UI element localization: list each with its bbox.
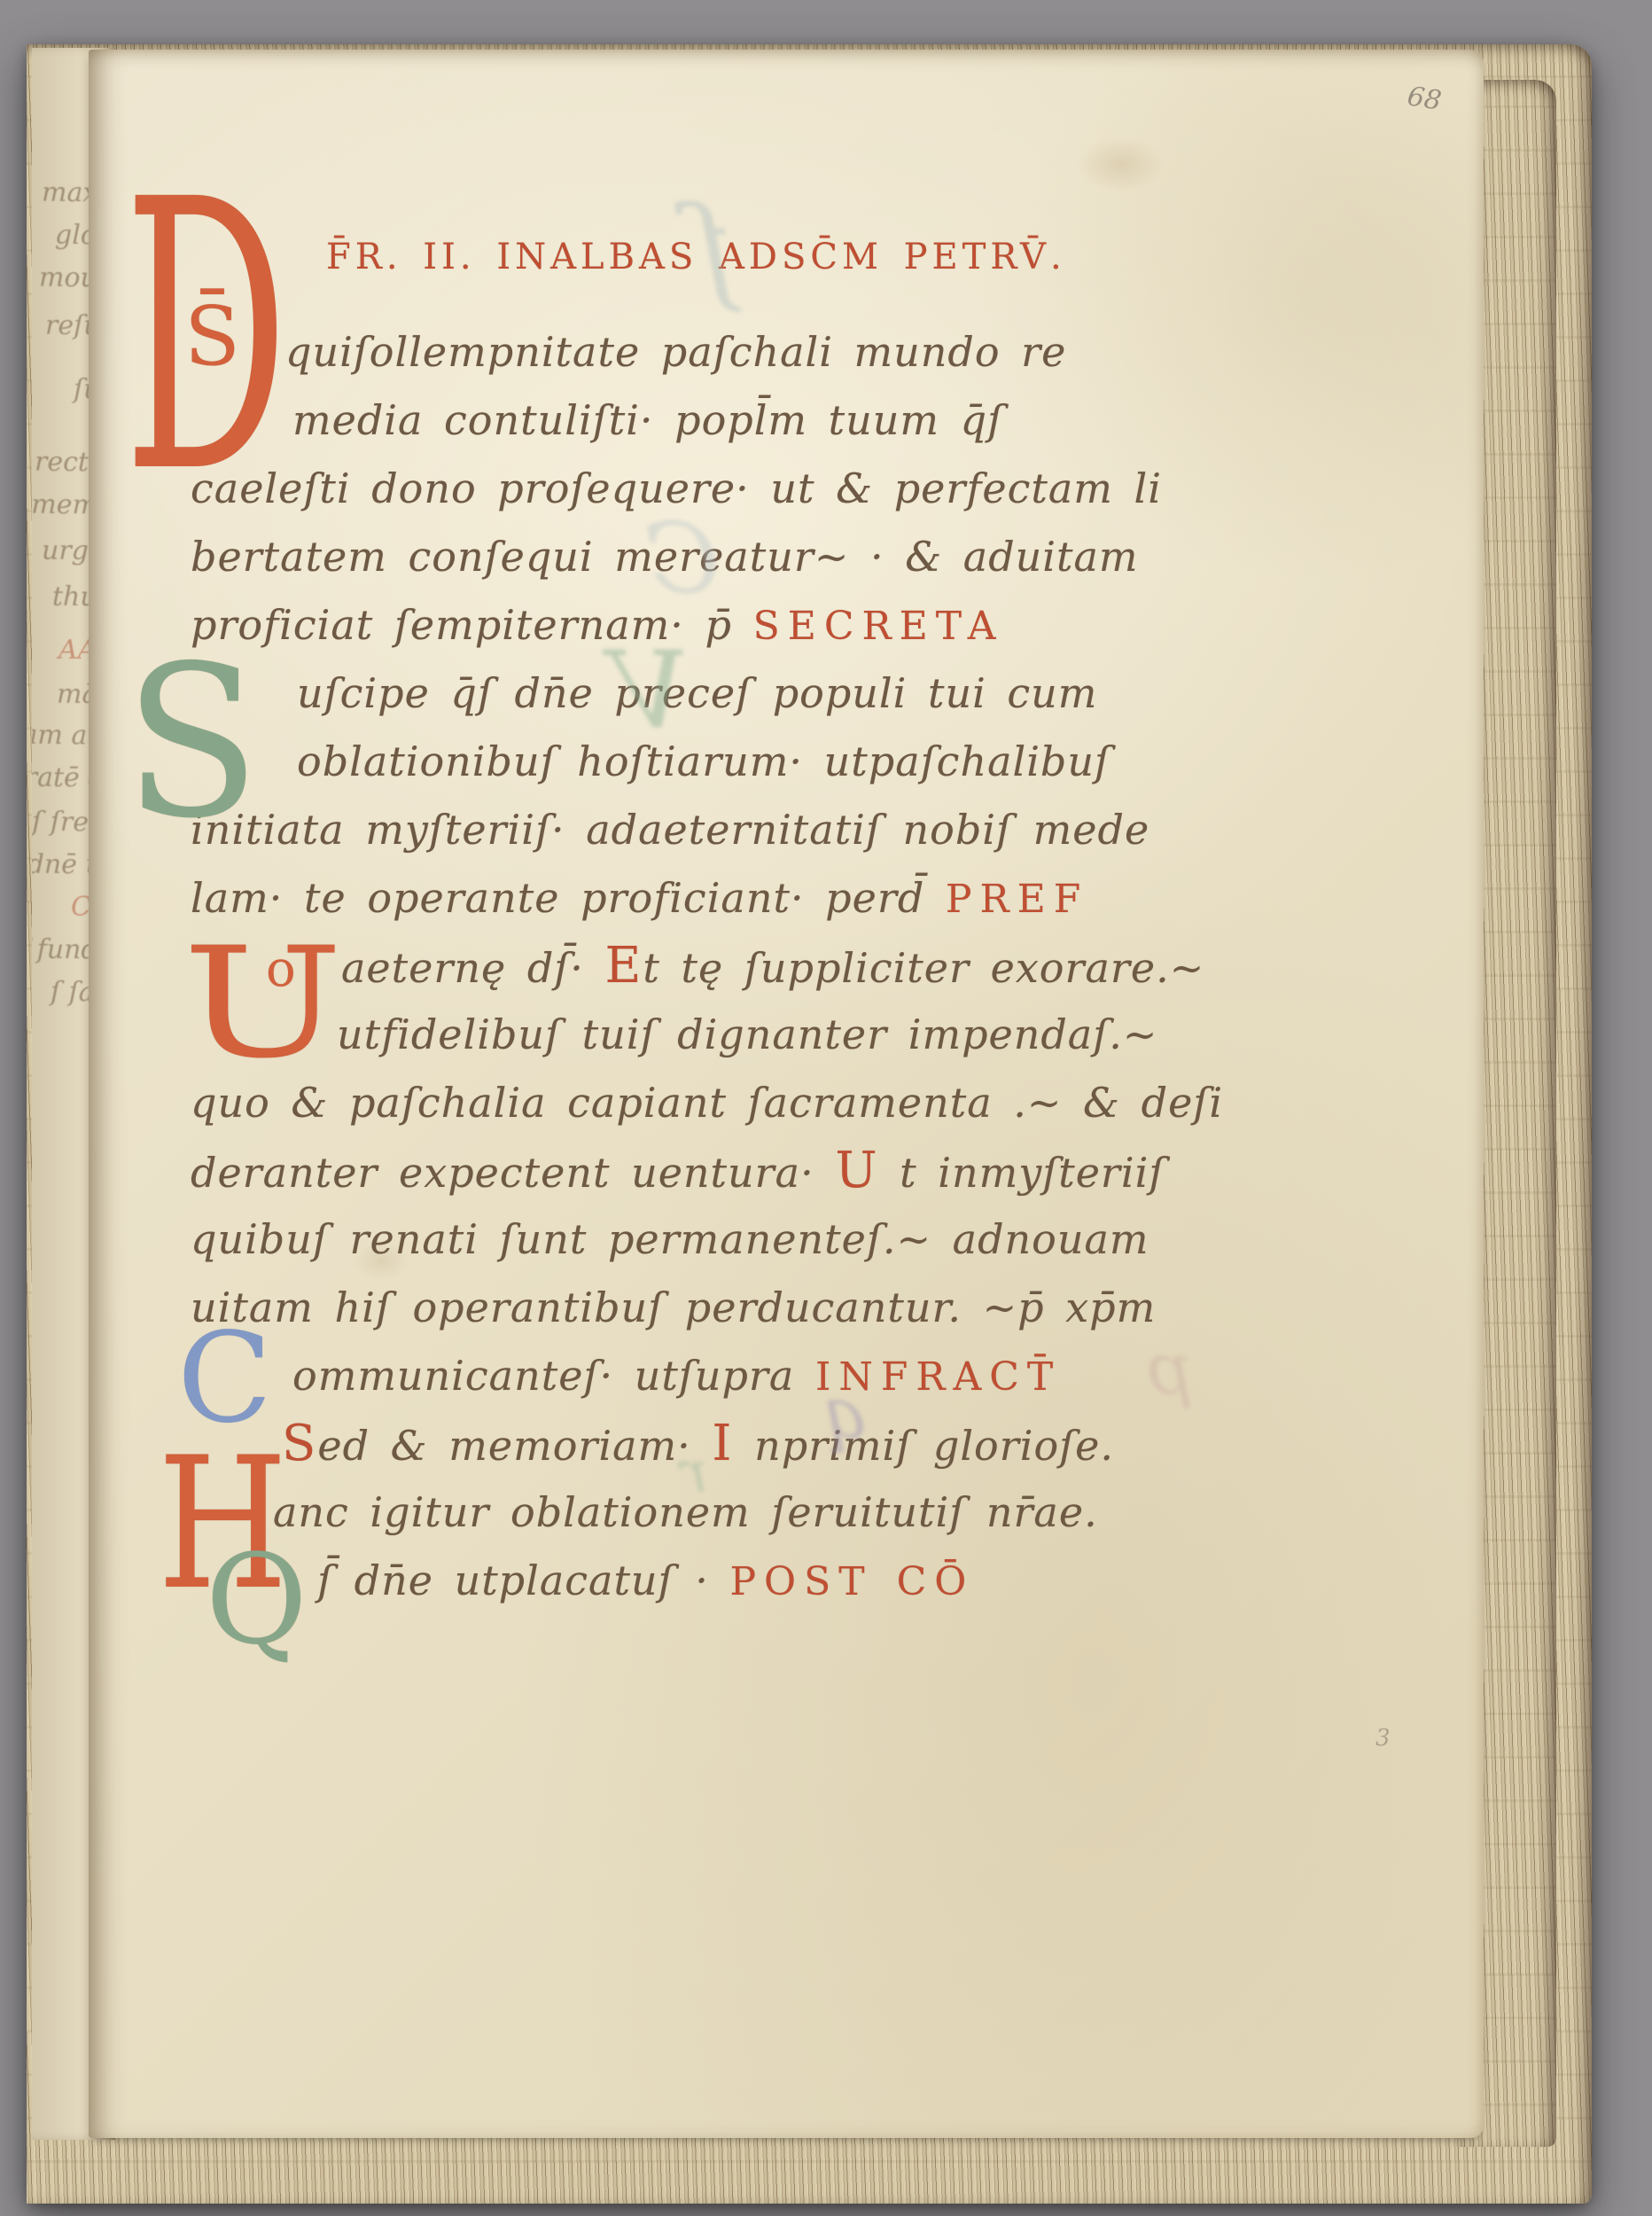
book-leather-cover <box>27 44 1592 2204</box>
photograph-of-manuscript: maxēgloūmouēreſurſūrrectio& memourgmthuā… <box>0 0 1652 2216</box>
